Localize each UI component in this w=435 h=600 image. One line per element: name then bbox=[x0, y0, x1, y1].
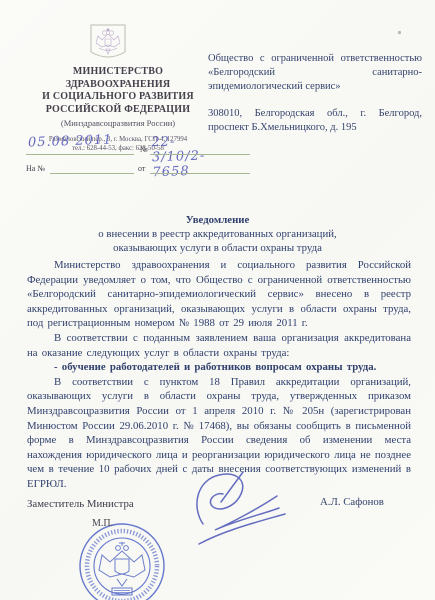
russian-coat-of-arms-icon bbox=[89, 23, 127, 63]
ref-ot-rule-line bbox=[150, 173, 250, 174]
recipient-address: 308010, Белгородская обл., г. Белгород, … bbox=[208, 107, 422, 135]
handwritten-signature-icon bbox=[185, 468, 310, 553]
ministry-line: МИНИСТЕРСТВО bbox=[22, 66, 214, 79]
ref-ot-label: от bbox=[138, 164, 145, 173]
signer-name: А.Л. Сафонов bbox=[320, 496, 384, 508]
paragraph-1: Министерство здравоохранения и социально… bbox=[27, 258, 411, 331]
ministry-short-name: (Минздравсоцразвития России) bbox=[22, 118, 214, 128]
paragraph-3-bold: - обучение работодателей и работников во… bbox=[27, 360, 411, 375]
date-number-row: 05.08 2011 № 22-3/10/2-7658 bbox=[26, 136, 226, 160]
round-official-seal-icon bbox=[62, 522, 182, 600]
ministry-line: РОССИЙСКОЙ ФЕДЕРАЦИИ bbox=[22, 104, 214, 117]
ref-na-rule-line bbox=[50, 173, 134, 174]
title-line1: Уведомление bbox=[45, 213, 390, 227]
handwritten-date: 05.08 2011 bbox=[28, 133, 113, 151]
scan-artifact-dot bbox=[398, 31, 401, 34]
number-rule-line bbox=[150, 154, 250, 155]
coat-of-arms-emblem bbox=[89, 23, 127, 63]
date-rule-line bbox=[26, 154, 134, 155]
recipient-name: Общество с ограниченной ответственностью… bbox=[208, 52, 422, 94]
scanned-letter-page: МИНИСТЕРСТВО ЗДРАВООХРАНЕНИЯ И СОЦИАЛЬНО… bbox=[0, 0, 435, 600]
title-line2: о внесении в реестр аккредитованных орга… bbox=[45, 227, 390, 241]
seal-place-label: М.П. bbox=[92, 518, 113, 529]
letter-body: Министерство здравоохранения и социально… bbox=[27, 258, 411, 492]
ministry-line: ЗДРАВООХРАНЕНИЯ bbox=[22, 79, 214, 92]
paragraph-2: В соответствии с поданным заявлением ваш… bbox=[27, 331, 411, 360]
ref-na-label: На № bbox=[26, 164, 45, 173]
recipient-block: Общество с ограниченной ответственностью… bbox=[208, 52, 422, 135]
number-sign-label: № bbox=[140, 145, 148, 154]
signer-position-title: Заместитель Министра bbox=[27, 498, 134, 510]
ministry-line: И СОЦИАЛЬНОГО РАЗВИТИЯ bbox=[22, 91, 214, 104]
document-title: Уведомление о внесении в реестр аккредит… bbox=[45, 213, 390, 255]
title-line3: оказывающих услуги в области охраны труд… bbox=[45, 241, 390, 255]
